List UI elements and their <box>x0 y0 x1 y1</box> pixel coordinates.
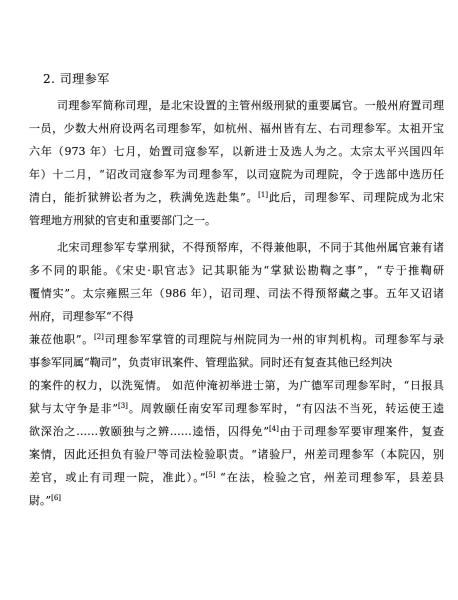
text-run: 司理参军掌管的司理院与州院同为一州的审判机构。司理参军与录 <box>104 333 444 346</box>
text-run: 多不同的职能。《宋史·职官志》记其职能为“掌狱讼勘鞫之事”，“专于推鞫研 <box>29 264 444 277</box>
text-run: 管理地方刑狱的官吏和重要部门之一。 <box>29 214 216 227</box>
text-run: 事参军同属“鞫司”，负责审讯案件、管理监狱。同时还有复查其他已经判决 <box>29 356 392 369</box>
text-line: 司理参军简称司理，是北宋设置的主管州级刑狱的重要属官。一般州府置司理 <box>29 94 444 117</box>
text-run: 北宋司理参军专掌刑狱，不得预帑库，不得兼他职，不同于其他州属官兼有诸 <box>57 241 444 254</box>
text-run: 此后，司理参军、司理院成为北宋 <box>268 191 444 204</box>
footnote-marker: [3] <box>118 402 128 410</box>
text-run: 一员，少数大州府设两名司理参军，如杭州、福州皆有左、右司理参军。太祖开宝 <box>29 122 444 135</box>
text-line: 六年（973 年）七月，始置司寇参军，以新进士及选人为之。太宗太平兴国四年（97… <box>29 140 444 163</box>
text-line: 多不同的职能。《宋史·职官志》记其职能为“掌狱讼勘鞫之事”，“专于推鞫研 <box>29 259 444 282</box>
text-line: 州府，司理参军“不得 <box>29 305 444 328</box>
text-run: 差官，或止有司理一院，准此）。” <box>29 471 206 484</box>
text-run: 覆情实”。太宗雍熙三年（986 年），诏司理、司法不得预帑藏之事。五年又诏诸 <box>29 287 444 300</box>
text-run: 的案件的权力，以洗冤情。 如范仲淹初举进士第，为广德军司理参军时，“日报具 <box>29 379 444 392</box>
text-run: “在法，检验之官，州差司理参军，县差县 <box>215 471 444 484</box>
text-run: 司理参军简称司理，是北宋设置的主管州级刑狱的重要属官。一般州府置司理 <box>57 99 444 112</box>
text-run: 州府，司理参军“不得 <box>29 310 134 323</box>
text-line: 尉。”[6] <box>29 489 444 512</box>
text-line: 事参军同属“鞫司”，负责审讯案件、管理监狱。同时还有复查其他已经判决 <box>29 351 444 374</box>
footnote-marker: [6] <box>51 494 61 502</box>
document-body: 司理参军简称司理，是北宋设置的主管州级刑狱的重要属官。一般州府置司理一员，少数大… <box>29 94 444 512</box>
footnote-marker: [4] <box>269 425 279 433</box>
text-line: 北宋司理参军专掌刑狱，不得预帑库，不得兼他职，不同于其他州属官兼有诸 <box>29 236 444 259</box>
text-run: 由于司理参军要审理案件，复查 <box>279 425 444 438</box>
text-line: 的案件的权力，以洗冤情。 如范仲淹初举进士第，为广德军司理参军时，“日报具 <box>29 374 444 397</box>
footnote-marker: [1] <box>258 191 268 199</box>
text-line: 差官，或止有司理一院，准此）。”[5] “在法，检验之官，州差司理参军，县差县 <box>29 466 444 489</box>
text-line: 清白，能折狱辨讼者为之，秩满免选赴集”。[1]此后，司理参军、司理院成为北宋 <box>29 186 444 209</box>
text-line: 覆情实”。太宗雍熙三年（986 年），诏司理、司法不得预帑藏之事。五年又诏诸 <box>29 282 444 305</box>
text-run: 尉。” <box>29 494 51 507</box>
footnote-marker: [2] <box>94 333 104 341</box>
text-line: 管理地方刑狱的官吏和重要部门之一。 <box>29 209 444 232</box>
text-line: 案情，因此还担负有验尸等司法检验职责。“诸验尸，州差司理参军（本院囚，别 <box>29 443 444 466</box>
text-run: 案情，因此还担负有验尸等司法检验职责。“诸验尸，州差司理参军（本院囚，别 <box>29 448 444 461</box>
document-page: 2. 司理参军 司理参军简称司理，是北宋设置的主管州级刑狱的重要属官。一般州府置… <box>0 0 458 600</box>
footnote-marker: [5] <box>206 471 216 479</box>
text-run: 兼莅他职”。 <box>29 333 94 346</box>
section-heading: 2. 司理参军 <box>43 68 444 91</box>
text-line: 年）十二月，“诏改司寇参军为司理参军，以司寇院为司理院，令于选部中选历任 <box>29 163 444 186</box>
paragraph: 司理参军简称司理，是北宋设置的主管州级刑狱的重要属官。一般州府置司理一员，少数大… <box>29 94 444 232</box>
text-run: 六年（973 年）七月，始置司寇参军，以新进士及选人为之。太宗太平兴国四年（97… <box>29 145 444 163</box>
text-run: 清白，能折狱辨讼者为之，秩满免选赴集”。 <box>29 191 258 204</box>
text-line: 狱与太守争是非”[3]。周敦颐任南安军司理参军时，“有囚法不当死，转运使王逵 <box>29 397 444 420</box>
text-line: 一员，少数大州府设两名司理参军，如杭州、福州皆有左、右司理参军。太祖开宝 <box>29 117 444 140</box>
text-run: 年）十二月，“诏改司寇参军为司理参军，以司寇院为司理院，令于选部中选历任 <box>29 168 444 181</box>
paragraph: 北宋司理参军专掌刑狱，不得预帑库，不得兼他职，不同于其他州属官兼有诸多不同的职能… <box>29 236 444 512</box>
text-run: 。周敦颐任南安军司理参军时，“有囚法不当死，转运使王逵 <box>128 402 444 415</box>
text-line: 欲深治之……敦颐独与之辨……逵悟，囚得免”[4]由于司理参军要审理案件，复查 <box>29 420 444 443</box>
text-run: 狱与太守争是非” <box>29 402 118 415</box>
text-line: 兼莅他职”。[2]司理参军掌管的司理院与州院同为一州的审判机构。司理参军与录 <box>29 328 444 351</box>
document-content: 2. 司理参军 司理参军简称司理，是北宋设置的主管州级刑狱的重要属官。一般州府置… <box>29 68 444 512</box>
text-run: 欲深治之……敦颐独与之辨……逵悟，囚得免” <box>29 425 269 438</box>
